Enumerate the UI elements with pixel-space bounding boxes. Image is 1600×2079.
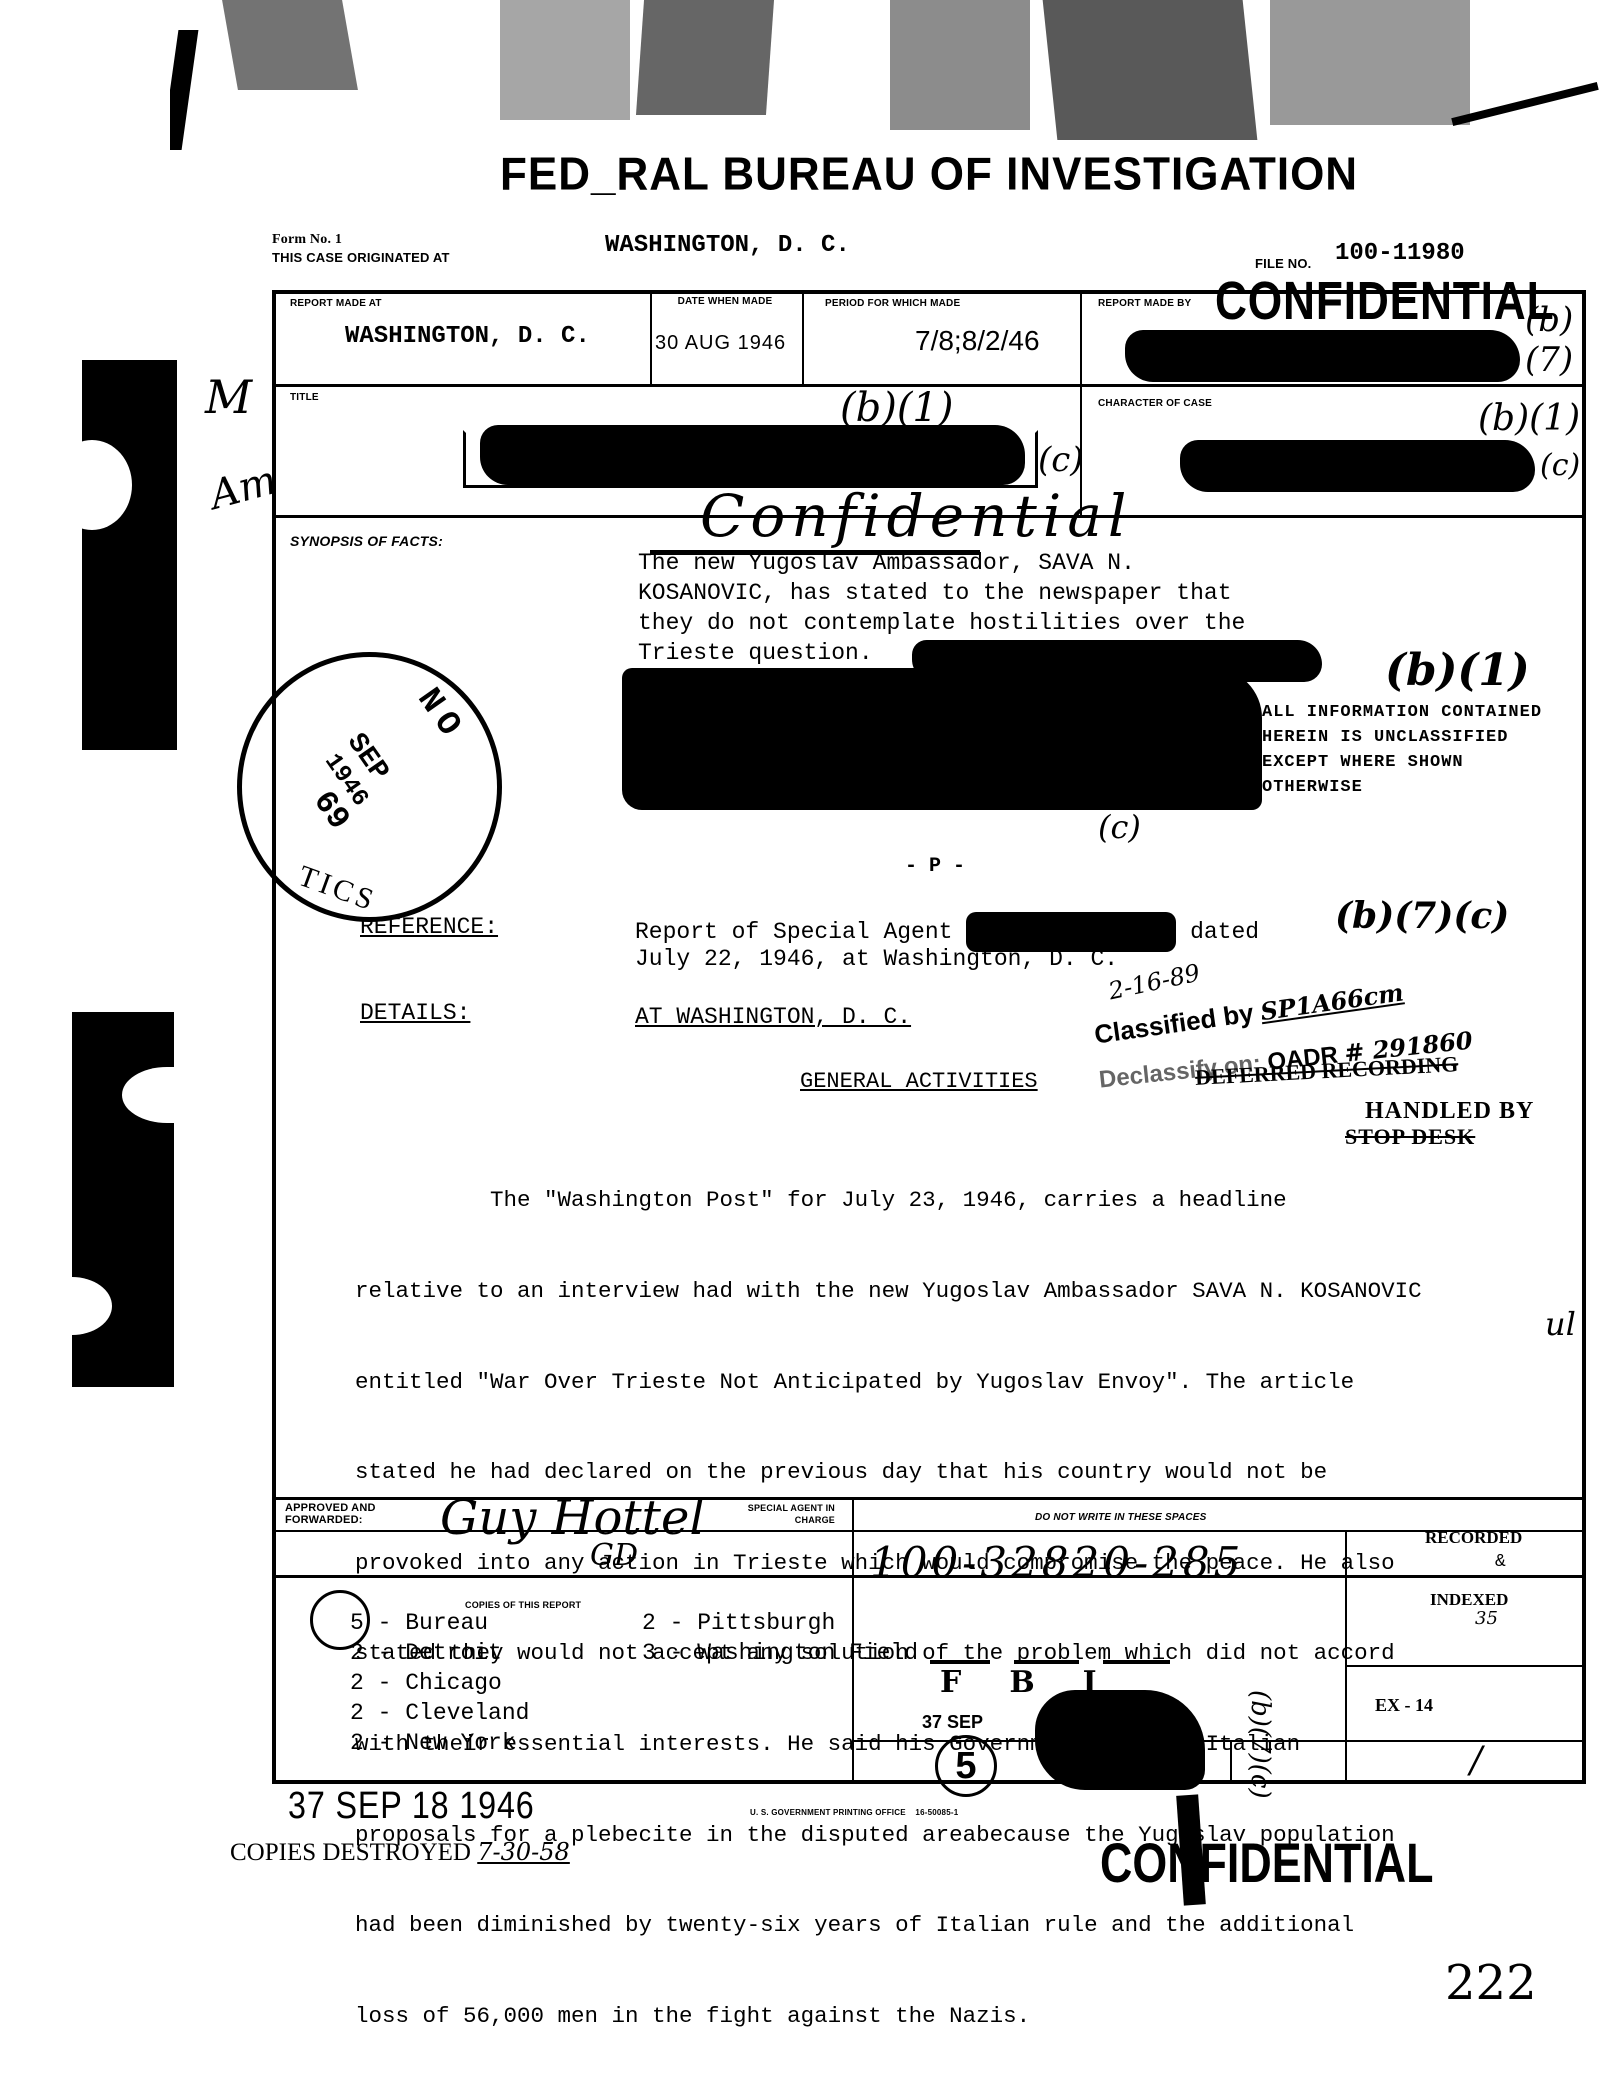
paragraph-line: loss of 56,000 men in the fight against … [355, 2001, 1422, 2031]
recorded-stamp: RECORDED [1425, 1528, 1522, 1548]
synopsis-line: they do not contemplate hostilities over… [638, 608, 1358, 638]
classified-by-value: SP1A66cm [1259, 977, 1406, 1026]
agency-title: FED_RAL BUREAU OF INVESTIGATION [500, 149, 1358, 202]
scan-noise-top [170, 0, 1600, 150]
approved-forwarded-label: APPROVED AND FORWARDED: [285, 1502, 425, 1526]
col-divider-2 [802, 290, 804, 386]
form-border-left [272, 290, 276, 1780]
copies-destroyed-date: 7-30-58 [477, 1838, 570, 1866]
copies-item: 5 - Bureau [350, 1608, 529, 1638]
section-heading-general-activities: GENERAL ACTIVITIES [800, 1067, 1038, 1097]
confidential-stamp-bottom: CONFIDENTIAL [1100, 1830, 1433, 1895]
report-made-at-value: WASHINGTON, D. C. [345, 322, 590, 352]
copies-item: 2 - Cleveland [350, 1698, 529, 1728]
reference-text-after: dated [1190, 919, 1259, 945]
copies-item: 2 - Chicago [350, 1668, 529, 1698]
redaction-synopsis-2 [622, 668, 1262, 810]
declass-line: OTHERWISE [1262, 775, 1542, 800]
declass-line: EXCEPT WHERE SHOWN [1262, 750, 1542, 775]
redaction-character [1180, 440, 1535, 492]
stamp-top-text: NO [409, 682, 473, 750]
page-marker: - P - [905, 855, 965, 878]
character-exemption-b1: (b)(1) [1478, 398, 1580, 439]
stamp-bottom-text: TICS [294, 859, 382, 919]
ex-stamp: EX - 14 [1375, 1695, 1433, 1716]
form-number: Form No. 1 [272, 232, 342, 248]
form-border-right [1582, 290, 1586, 1780]
check-mark: / [1470, 1740, 1482, 1781]
binder-strip-bottom [72, 1012, 174, 1387]
classification-date: 2-16-89 [1106, 959, 1202, 1006]
redaction-title [480, 425, 1025, 485]
date-when-made-value: 30 AUG 1946 [655, 332, 786, 355]
sac-label: SPECIAL AGENT IN CHARGE [705, 1502, 835, 1526]
copies-list-left: 5 - Bureau 2 - Detroit 2 - Chicago 2 - C… [350, 1608, 529, 1758]
copies-list-right: 2 - Pittsburgh 3 - Washington Field [642, 1608, 918, 1668]
period-label: PERIOD FOR WHICH MADE [825, 298, 960, 309]
title-exemption-c: (c) [1038, 440, 1084, 480]
file-no-label: FILE NO. [1255, 256, 1312, 271]
margin-initials-1: M [205, 370, 252, 424]
period-value: 7/8;8/2/46 [915, 325, 1040, 357]
circled-5: 5 [935, 1735, 997, 1797]
confidential-stamp-top: CONFIDENTIAL [1215, 270, 1554, 332]
bottom-received-stamp: 37 SEP 18 1946 [288, 1785, 535, 1828]
classified-by-label: Classified by [1092, 998, 1255, 1050]
copies-item: 2 - New York [350, 1728, 529, 1758]
paragraph-line: stated he had declared on the previous d… [355, 1457, 1422, 1487]
copies-destroyed-label: COPIES DESTROYED [230, 1839, 471, 1866]
printing-office-label: U. S. GOVERNMENT PRINTING OFFICE 16-5008… [750, 1808, 958, 1817]
report-made-at-label: REPORT MADE AT [290, 298, 382, 309]
declass-line: HEREIN IS UNCLASSIFIED [1262, 725, 1542, 750]
fbi-stamp-date: 37 SEP [922, 1712, 983, 1733]
received-date-stamp: NO SEP 1946 69 TICS [237, 652, 502, 922]
reference-label: REFERENCE: [360, 912, 498, 942]
paragraph-line: relative to an interview had with the ne… [355, 1276, 1422, 1306]
handwritten-confidential: Confidential [700, 482, 1132, 550]
file-number-handwritten: 100-32820-285 [870, 1538, 1244, 1587]
report-made-by-label: REPORT MADE BY [1098, 298, 1191, 309]
copies-item: 2 - Pittsburgh [642, 1608, 918, 1638]
page-number: 222 [1445, 1955, 1537, 2011]
paragraph-line: had been diminished by twenty-six years … [355, 1910, 1422, 1940]
redaction-fbi-stamp [1035, 1690, 1205, 1790]
title-label: TITLE [290, 392, 319, 403]
do-not-write-label: DO NOT WRITE IN THESE SPACES [1035, 1512, 1207, 1523]
reference-line-2: July 22, 1946, at Washington, D. C. [635, 944, 1118, 974]
paragraph-line: The "Washington Post" for July 23, 1946,… [355, 1185, 1422, 1215]
form-border-top [272, 290, 1586, 294]
details-location: AT WASHINGTON, D. C. [635, 1002, 911, 1032]
copies-destroyed: COPIES DESTROYED 7-30-58 [230, 1838, 570, 1867]
footer-exemption: (b)(7)(c) [1245, 1690, 1275, 1799]
synopsis-line: KOSANOVIC, has stated to the newspaper t… [638, 578, 1358, 608]
synopsis-label: SYNOPSIS OF FACTS: [290, 533, 443, 549]
date-when-made-label: DATE WHEN MADE [665, 296, 785, 307]
col-divider-1 [650, 290, 652, 386]
paragraph-line: entitled "War Over Trieste Not Anticipat… [355, 1367, 1422, 1397]
declass-line: ALL INFORMATION CONTAINED [1262, 700, 1542, 725]
file-no-value: 100-11980 [1335, 240, 1465, 267]
case-originated-value: WASHINGTON, D. C. [605, 232, 850, 259]
synopsis-exemption-b1: (b)(1) [1385, 645, 1530, 696]
indexed-stamp: INDEXED [1430, 1590, 1508, 1610]
copies-item: 3 - Washington Field [642, 1638, 918, 1668]
binder-strip-top [82, 360, 177, 750]
synopsis-line: The new Yugoslav Ambassador, SAVA N. [638, 548, 1358, 578]
character-exemption-c: (c) [1540, 448, 1580, 483]
case-originated-label: THIS CASE ORIGINATED AT [272, 250, 450, 265]
declassification-stamp: ALL INFORMATION CONTAINED HEREIN IS UNCL… [1262, 700, 1542, 800]
recorded-ampersand: & [1495, 1552, 1506, 1572]
margin-initials-2: Am [205, 457, 281, 519]
details-label: DETAILS: [360, 998, 470, 1028]
reference-exemption: (b)(7)(c) [1335, 895, 1509, 937]
details-paragraph: The "Washington Post" for July 23, 1946,… [355, 1125, 1422, 2061]
margin-initial-ul: ul [1545, 1305, 1576, 1343]
synopsis-exemption-c: (c) [1098, 808, 1141, 846]
redaction-report-made-by [1125, 330, 1520, 382]
copies-item: 2 - Detroit [350, 1638, 529, 1668]
sac-signature: Guy Hottel [440, 1490, 705, 1546]
fbi-stamp-bars [930, 1660, 1170, 1664]
signature-initials: GD [590, 1538, 638, 1573]
reference-text-before: Report of Special Agent [635, 919, 952, 945]
indexed-note: 35 [1475, 1608, 1498, 1629]
handled-by-stamp: HANDLED BY [1365, 1098, 1534, 1125]
exemption-report-made-by: (b)(7) [1525, 300, 1600, 380]
character-of-case-label: CHARACTER OF CASE [1098, 398, 1212, 409]
